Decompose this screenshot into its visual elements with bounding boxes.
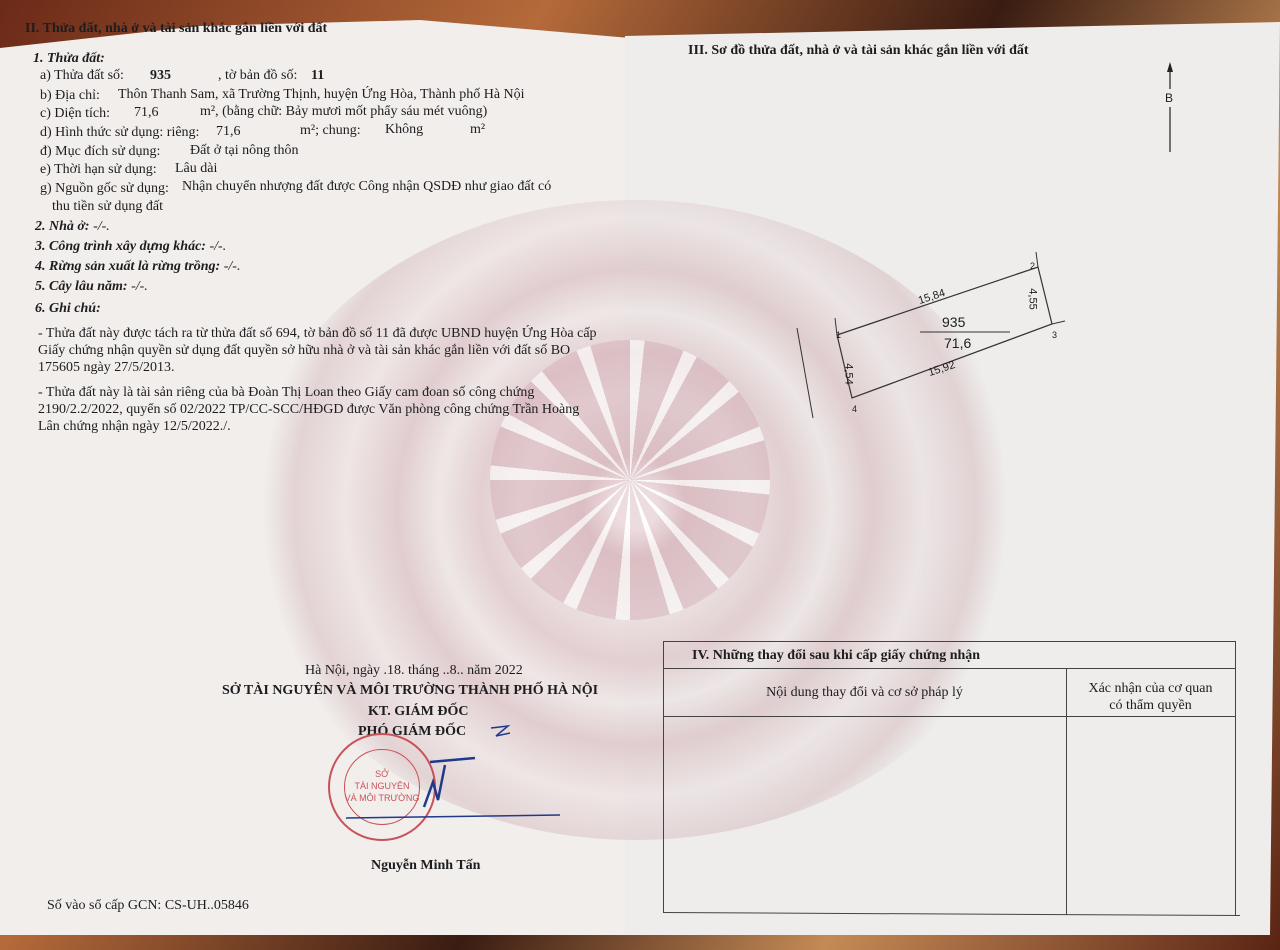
parcel-diagram bbox=[0, 0, 1280, 950]
vertex-1: 1 bbox=[836, 326, 841, 344]
plot-parcel-number: 935 bbox=[942, 313, 965, 331]
plot-area: 71,6 bbox=[944, 334, 971, 352]
changes-col2-header-line1: Xác nhận của cơ quan bbox=[1066, 680, 1235, 697]
changes-table-title: IV. Những thay đổi sau khi cấp giấy chứn… bbox=[692, 647, 980, 665]
edge-left-length: 4,54 bbox=[840, 363, 858, 384]
edge-right-length: 4,55 bbox=[1024, 288, 1042, 309]
vertex-2: 2 bbox=[1030, 257, 1035, 275]
certificate-spread: II. Thửa đất, nhà ở và tài sản khác gắn … bbox=[0, 0, 1280, 950]
changes-col2-header-line2: có thẩm quyền bbox=[1066, 697, 1235, 714]
vertex-4: 4 bbox=[852, 400, 857, 418]
vertex-3: 3 bbox=[1052, 326, 1057, 344]
changes-col1-header: Nội dung thay đổi và cơ sở pháp lý bbox=[663, 684, 1066, 701]
